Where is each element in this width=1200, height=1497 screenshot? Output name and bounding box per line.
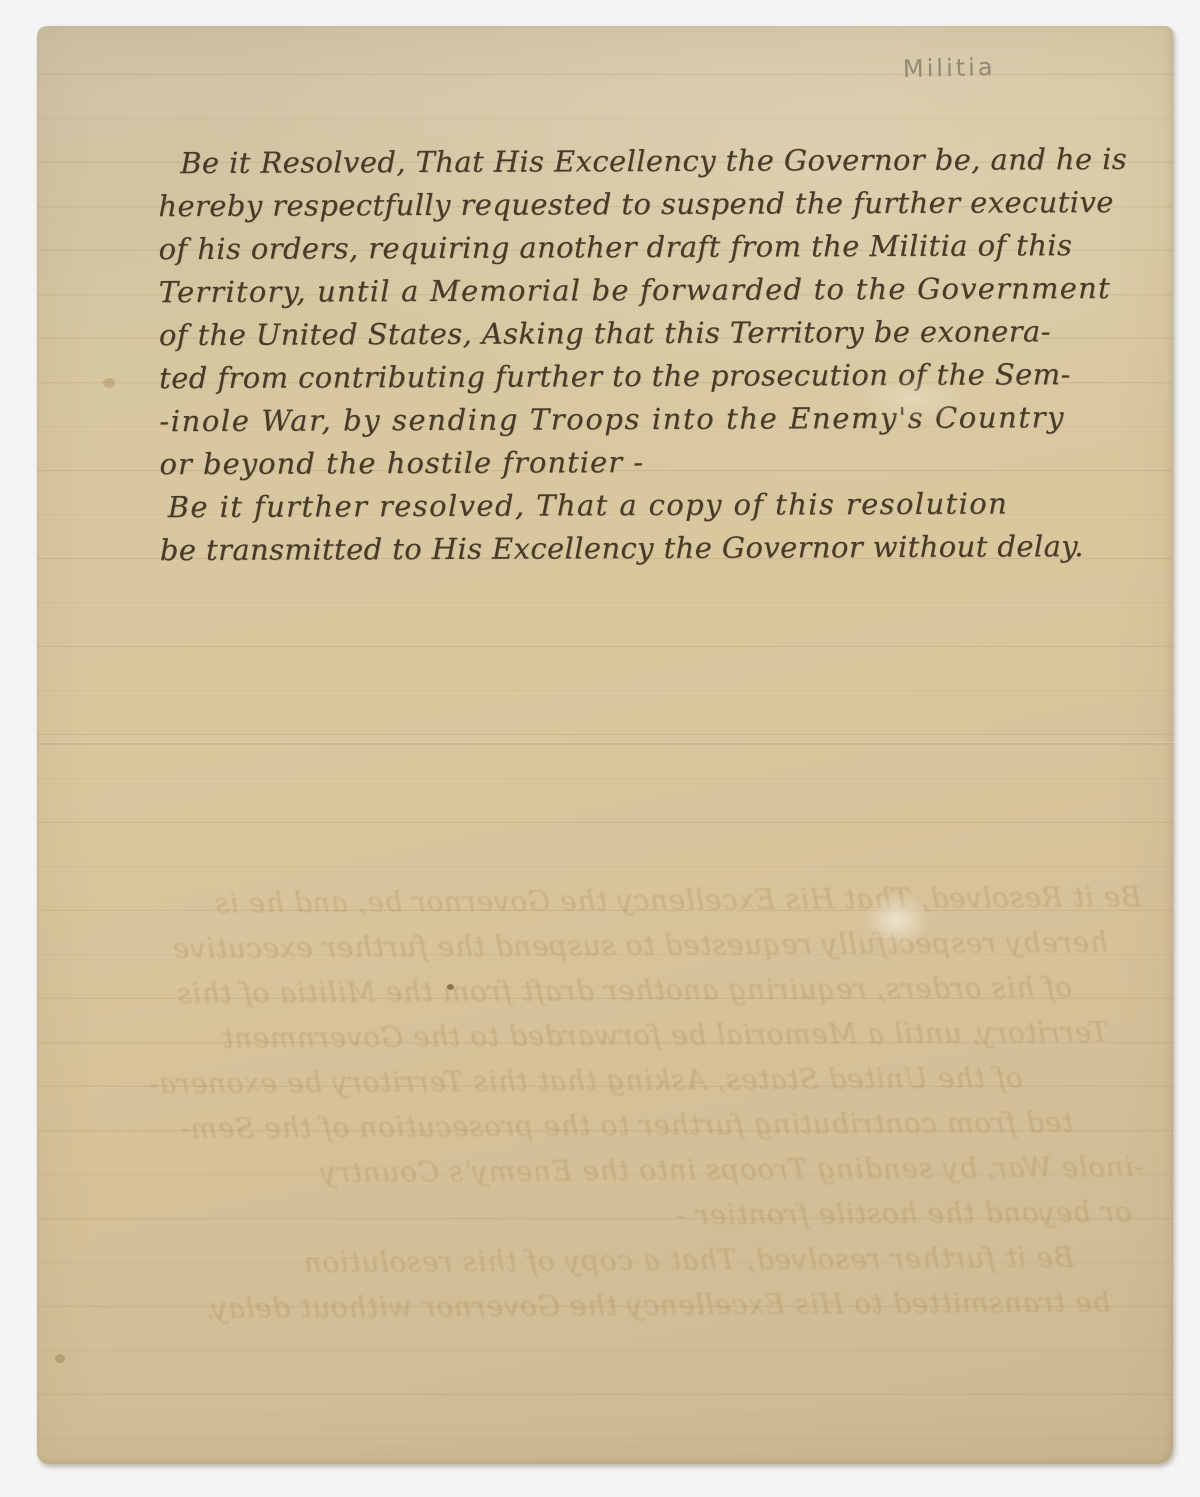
handwritten-line: of the United States, Asking that this T… bbox=[159, 310, 1151, 357]
handwritten-line: -inole War, by sending Troops into the E… bbox=[159, 396, 1151, 443]
bleedthrough-line: of the United States, Asking that this T… bbox=[67, 1054, 1143, 1107]
bleedthrough-line: -inole War, by sending Troops into the E… bbox=[67, 1144, 1143, 1197]
bleedthrough-line: Territory, until a Memorial be forwarded… bbox=[66, 1009, 1142, 1062]
handwritten-line: of his orders, requiring another draft f… bbox=[158, 224, 1150, 271]
bleedthrough-line: hereby respectfully requested to suspend… bbox=[66, 919, 1142, 972]
paper-stain bbox=[55, 1354, 65, 1363]
scan-background: { "page": { "type": "scanned handwritten… bbox=[0, 0, 1200, 1497]
handwritten-line: Be it further resolved, That a copy of t… bbox=[160, 482, 1152, 529]
handwritten-line: be transmitted to His Excellency the Gov… bbox=[160, 525, 1152, 572]
ink-speck bbox=[447, 984, 454, 990]
handwritten-line: or beyond the hostile frontier - bbox=[159, 439, 1151, 486]
fold-crease bbox=[37, 742, 1173, 745]
handwritten-line: hereby respectfully requested to suspend… bbox=[158, 181, 1150, 228]
handwritten-line: Be it Resolved, That His Excellency the … bbox=[158, 138, 1150, 185]
bleedthrough-text-block: Be it Resolved, That His Excellency the … bbox=[65, 874, 1144, 1332]
bleedthrough-line: ted from contributing further to the pro… bbox=[67, 1099, 1143, 1152]
bleedthrough-line: of his orders, requiring another draft f… bbox=[66, 964, 1142, 1017]
bleedthrough-line: Be it further resolved, That a copy of t… bbox=[68, 1234, 1144, 1287]
pencil-annotation: Militia bbox=[903, 53, 996, 83]
handwritten-line: Territory, until a Memorial be forwarded… bbox=[159, 267, 1151, 314]
handwritten-line: ted from contributing further to the pro… bbox=[159, 353, 1151, 400]
paper-stain bbox=[103, 378, 115, 388]
bleedthrough-line: or beyond the hostile frontier - bbox=[68, 1189, 1144, 1242]
bleedthrough-line: be transmitted to His Excellency the Gov… bbox=[68, 1279, 1144, 1332]
document-page: Militia Be it Resolved, That His Excelle… bbox=[37, 26, 1173, 1464]
bleedthrough-line: Be it Resolved, That His Excellency the … bbox=[65, 874, 1141, 927]
handwritten-text-block: Be it Resolved, That His Excellency the … bbox=[158, 138, 1152, 572]
paper-abrasion bbox=[865, 894, 929, 946]
